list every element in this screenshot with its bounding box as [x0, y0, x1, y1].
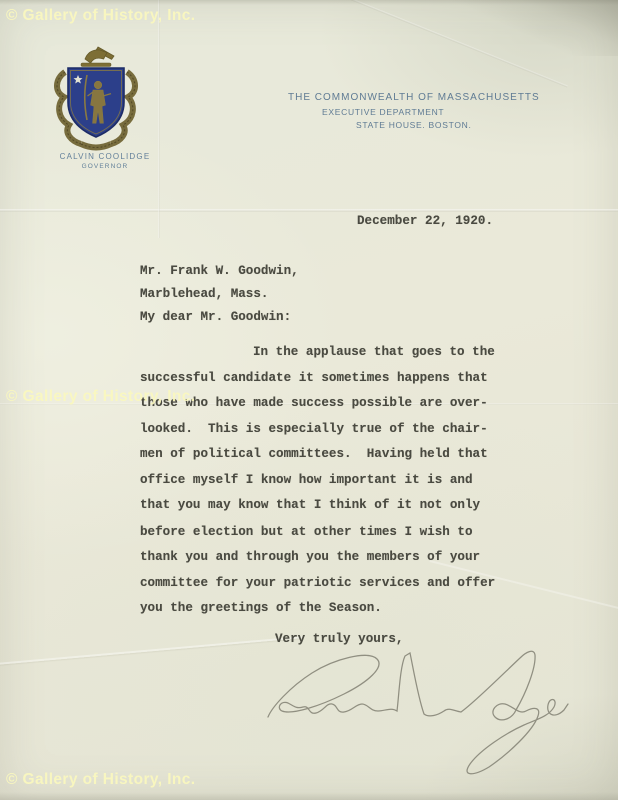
salutation: My dear Mr. Goodwin:: [140, 310, 291, 325]
letterhead-department: EXECUTIVE DEPARTMENT: [322, 107, 444, 117]
paper-fold-crease: [0, 209, 618, 212]
official-name-label: CALVIN COOLIDGE: [50, 152, 160, 161]
watermark-text: © Gallery of History, Inc.: [6, 7, 196, 25]
recipient-name: Mr. Frank W. Goodwin,: [140, 264, 299, 279]
paper-edge-shadow: [0, 792, 618, 800]
letter-body-line: before election but at other times I wis…: [140, 525, 473, 540]
letter-body-line: you the greetings of the Season.: [140, 601, 382, 616]
letterhead-commonwealth: THE COMMONWEALTH OF MASSACHUSETTS: [288, 92, 540, 103]
letter-body-line: looked. This is especially true of the c…: [140, 422, 488, 437]
paper-edge-shadow: [0, 0, 618, 5]
official-title-label: GOVERNOR: [50, 163, 160, 170]
document-scan-page: { "watermark": { "text": "© Gallery of H…: [0, 0, 618, 800]
watermark-text: © Gallery of History, Inc.: [6, 388, 196, 406]
recipient-city: Marblehead, Mass.: [140, 287, 268, 302]
massachusetts-seal-icon: [52, 42, 140, 154]
letter-body-line: thank you and through you the members of…: [140, 550, 480, 565]
letter-body-line: men of political committees. Having held…: [140, 447, 488, 462]
paper-fold-crease: [335, 0, 568, 88]
letter-body-line: office myself I know how important it is…: [140, 473, 473, 488]
paper-fold-crease: [158, 0, 160, 238]
letter-body-line: committee for your patriotic services an…: [140, 576, 495, 591]
letter-paper: THE COMMONWEALTH OF MASSACHUSETTS EXECUT…: [0, 0, 618, 800]
letterhead-address: STATE HOUSE. BOSTON.: [356, 120, 472, 130]
watermark-text: © Gallery of History, Inc.: [6, 771, 196, 789]
letter-date: December 22, 1920.: [357, 214, 493, 229]
letter-body-line: that you may know that I think of it not…: [140, 498, 480, 513]
letter-body-line: successful candidate it sometimes happen…: [140, 371, 488, 386]
paper-corner-shadow: [448, 0, 618, 56]
letter-body-line: In the applause that goes to the: [140, 345, 495, 360]
calvin-coolidge-signature: [258, 645, 603, 785]
